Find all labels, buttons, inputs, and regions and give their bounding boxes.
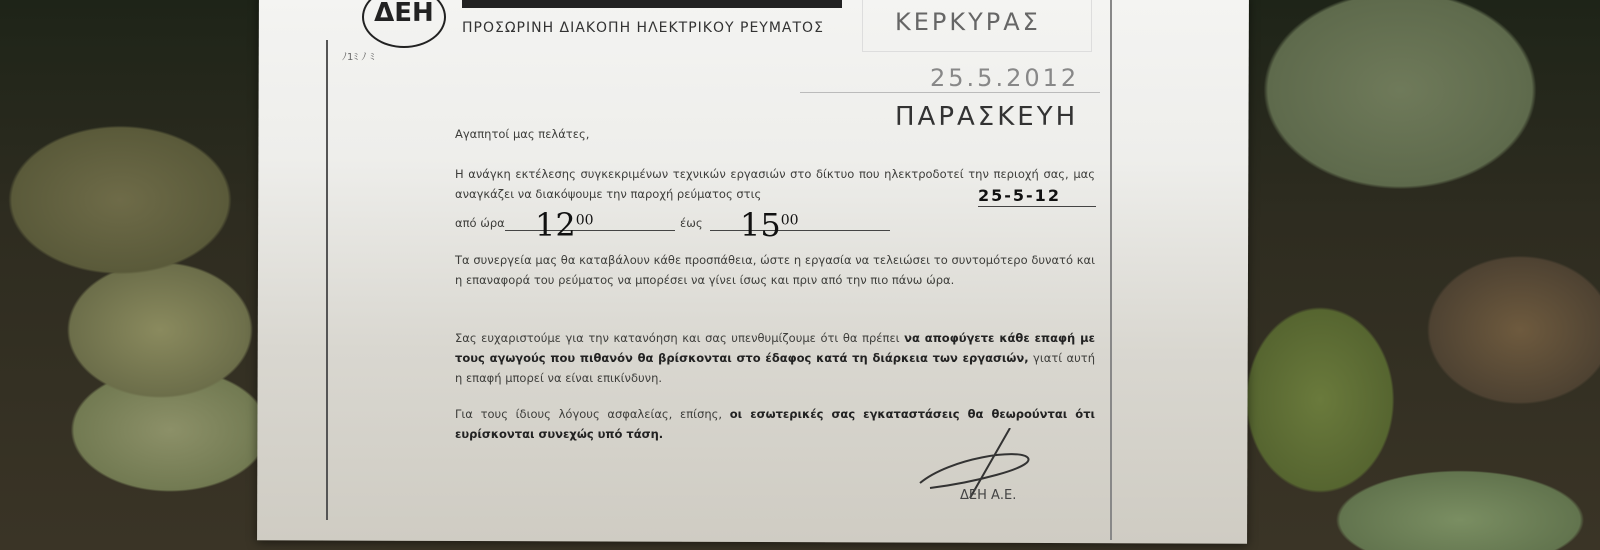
paragraph-safety: Σας ευχαριστούμε για την κατανόηση και σ… [455, 328, 1095, 388]
outage-date: 25-5-12 [978, 186, 1061, 205]
date-handwritten: 25.5.2012 [930, 64, 1079, 92]
until-time-underline [710, 230, 890, 231]
frame-right-line [1110, 0, 1112, 540]
notice-title: ΠΡΟΣΩΡΙΝΗ ΔΙΑΚΟΠΗ ΗΛΕΚΤΡΙΚΟΥ ΡΕΥΜΑΤΟΣ [462, 20, 824, 36]
greeting: Αγαπητοί μας πελάτες, [455, 124, 1095, 144]
from-time: 1200 [535, 206, 594, 244]
from-label: από ώρα [455, 216, 505, 230]
handwritten-scribble: ﾉ1ﾐ ﾉ ﾐ [342, 48, 375, 63]
paragraph-crews: Τα συνεργεία μας θα καταβάλουν κάθε προσ… [455, 250, 1095, 290]
region-handwritten: ΚΕΡΚΥΡΑΣ [895, 8, 1041, 36]
until-label: έως [680, 216, 703, 230]
outage-date-underline [978, 206, 1096, 207]
signoff: ΔΕΗ Α.Ε. [960, 488, 1016, 503]
until-time: 1500 [740, 206, 799, 244]
header-bar [462, 0, 842, 8]
date-underline [800, 92, 1100, 93]
frame-left-line [326, 40, 328, 520]
